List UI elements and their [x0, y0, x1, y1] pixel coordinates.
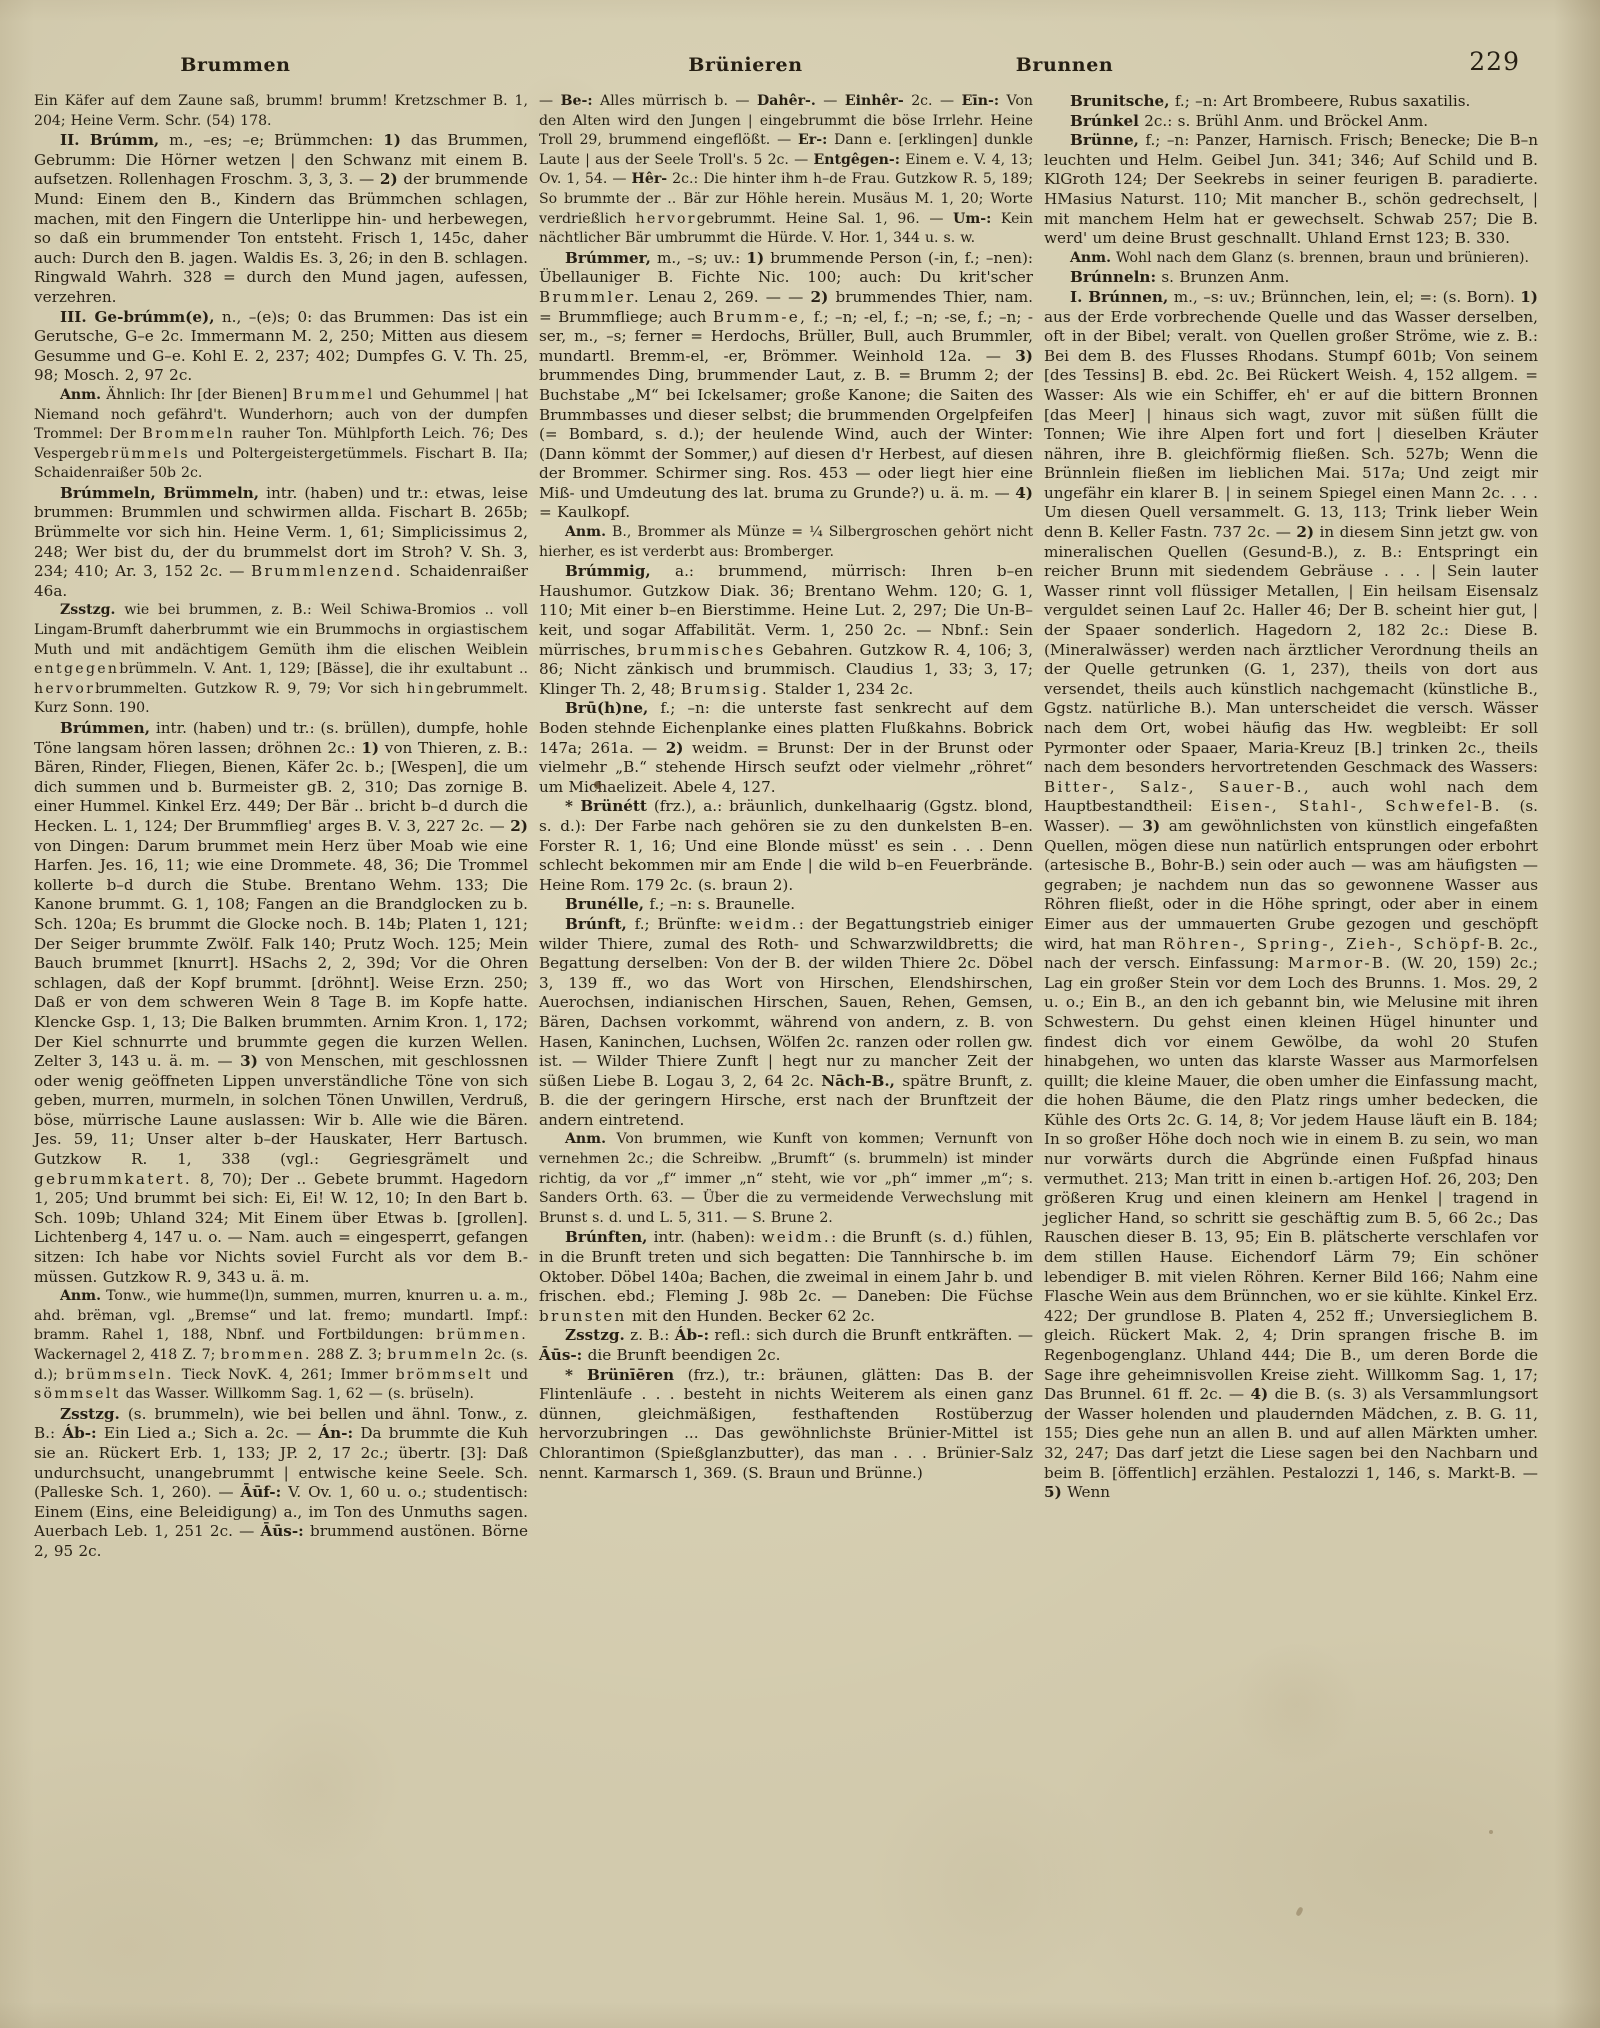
emphasized-run: Brummler. — [539, 288, 641, 306]
text-run: von Dingen: Darum brummet mein Herz über… — [34, 837, 528, 1071]
entry-paragraph: * Brünīēren (frz.), tr.: bräunen, glätte… — [539, 1366, 1033, 1484]
dictionary-body: Ein Käfer auf dem Zaune saß, brumm! brum… — [34, 92, 1538, 1562]
emphasized-run: Röhren-, Spring-, Zieh-, Schöpf- — [1163, 935, 1487, 953]
headword: 3) — [240, 1052, 258, 1070]
emphasized-run: Marmor-B. — [1288, 954, 1393, 972]
headword: Anm. — [565, 1131, 606, 1147]
entry-paragraph: Brúmmen, intr. (haben) und tr.: (s. brül… — [34, 719, 528, 1287]
emphasized-run: brummeln — [387, 1347, 479, 1363]
entry-paragraph: Brúnkel 2c.: s. Brühl Anm. und Bröckel A… — [1044, 112, 1538, 132]
text-run: und — [493, 1367, 528, 1383]
headword: Eīn-: — [962, 93, 999, 109]
headword: Brúnften, — [565, 1228, 647, 1246]
headword: Brúnkel — [1070, 112, 1139, 130]
emphasized-run: entgegen — [34, 661, 119, 677]
headword: Zsstzg. — [60, 1405, 120, 1423]
entry-paragraph: Brunélle, f.; –n: s. Braunelle. — [539, 895, 1033, 915]
text-run: gebrummt. Heine Sal. 1, 96. — — [697, 211, 953, 227]
text-run: Tieck NovK. 4, 261; Immer — [174, 1367, 396, 1383]
text-run: m., –es; –e; Brümmchen: — [159, 131, 383, 149]
text-run: brummelten. Gutzkow R. 9, 79; Vor sich — [95, 681, 406, 697]
entry-paragraph: * Brünétt (frz.), a.: bräunlich, dunkelh… — [539, 797, 1033, 895]
headword: 4) — [1015, 484, 1033, 502]
text-run: = Kaulkopf. — [539, 503, 630, 521]
text-run: Ein Käfer auf dem Zaune saß, brumm! brum… — [34, 93, 528, 129]
text-run: Wohl nach dem Glanz (s. brennen, braun u… — [1111, 250, 1529, 266]
text-run: s. Brunzen Anm. — [1156, 268, 1289, 286]
entry-paragraph: Anm. B., Brommer als Münze = ¼ Silbergro… — [539, 523, 1033, 562]
entry-paragraph: Zsstzg. z. B.: Áb-: refl.: sich durch di… — [539, 1326, 1033, 1365]
headword: Brünne, — [1070, 131, 1139, 149]
text-run: Wenn — [1062, 1483, 1110, 1501]
headword: Hêr- — [632, 171, 668, 187]
text-run: in diesem Sinn jetzt gw. von mineralisch… — [1044, 523, 1538, 776]
headword: Anm. — [60, 387, 101, 403]
headword: Anm. — [1070, 250, 1111, 266]
emphasized-run: weidm. — [729, 915, 799, 933]
text-run: f.; –n: Art Brombeere, Rubus saxatilis. — [1170, 92, 1471, 110]
text-run: am gewöhnlichsten von künstlich eingefaß… — [1044, 817, 1538, 953]
entry-paragraph: Zsstzg. wie bei brummen, z. B.: Weil Sch… — [34, 601, 528, 719]
text-run: m., –s: uv.; Brünnchen, lein, el; =: (s.… — [1168, 288, 1520, 306]
headword: Brúmmen, — [60, 719, 150, 737]
running-head-left: Brummen — [148, 54, 323, 76]
text-run: 2c. — — [904, 93, 962, 109]
headword: Brunélle, — [565, 895, 644, 913]
ink-speck — [594, 781, 601, 789]
entry-paragraph: Anm. Von brummen, wie Kunft von kommen; … — [539, 1130, 1033, 1228]
entry-paragraph: III. Ge-brúmm(e), n., –(e)s; 0: das Brum… — [34, 308, 528, 386]
text-run: Von brummen, wie Kunft von kommen; Vernu… — [539, 1131, 1033, 1225]
entry-paragraph: I. Brúnnen, m., –s: uv.; Brünnchen, lein… — [1044, 288, 1538, 1503]
column-2: — Be-: Alles mürrisch b. — Dahêr-. — Ein… — [539, 92, 1033, 1483]
text-run: die Brunft beendigen 2c. — [582, 1346, 780, 1364]
text-run: f.; Brünfte: — [627, 915, 729, 933]
emphasized-run: brümmels — [100, 446, 190, 462]
entry-paragraph: Brunitsche, f.; –n: Art Brombeere, Rubus… — [1044, 92, 1538, 112]
entry-paragraph: Brúmmig, a.: brummend, mürrisch: Ihren b… — [539, 562, 1033, 699]
emphasized-run: Brommeln — [143, 426, 236, 442]
text-run: Stalder 1, 234 2c. — [769, 680, 913, 698]
running-head-center: Brünieren — [648, 54, 843, 76]
headword: III. Ge-brúmm(e), — [60, 308, 215, 326]
headword: Brū(h)ne, — [565, 699, 648, 717]
headword: 5) — [1044, 1483, 1062, 1501]
headword: Brúnneln: — [1070, 268, 1156, 286]
emphasized-run: hin — [407, 681, 437, 697]
emphasized-run: Brummel — [293, 387, 375, 403]
text-run: das Wasser. Willkomm Sag. 1, 62 — (s. br… — [121, 1386, 474, 1402]
emphasized-run: Eisen-, Stahl-, Schwefel-B. — [1210, 797, 1501, 815]
text-run: Ähnlich: Ihr [der Bienen] — [101, 387, 293, 403]
text-run: m., –s; uv.: — [651, 249, 747, 267]
headword: Brúmmig, — [565, 562, 651, 580]
headword: Entgêgen-: — [814, 152, 900, 168]
headword: 4) — [1250, 1385, 1268, 1403]
emphasized-run: Brummlenzend. — [251, 562, 403, 580]
text-run: aus der Erde vorbrechende Quelle und das… — [1044, 308, 1538, 542]
headword: 2) — [666, 739, 684, 757]
headword: * Brünétt — [565, 797, 647, 815]
emphasized-run: sömmselt — [34, 1386, 121, 1402]
text-run: Lenau 2, 269. — — — [641, 288, 811, 306]
emphasized-run: Brumm-e, — [713, 308, 807, 326]
emphasized-run: Bitter-, Salz-, Sauer-B., — [1044, 778, 1311, 796]
headword: 2) — [380, 170, 398, 188]
column-3: Brunitsche, f.; –n: Art Brombeere, Rubus… — [1044, 92, 1538, 1503]
entry-paragraph: Anm. Ähnlich: Ihr [der Bienen] Brummel u… — [34, 386, 528, 484]
headword: Be-: — [561, 93, 593, 109]
text-run: : der Begattungstrieb einiger wilder Thi… — [539, 915, 1033, 1090]
entry-paragraph: Brúmmer, m., –s; uv.: 1) brummende Perso… — [539, 249, 1033, 523]
emphasized-run: brümmen. — [436, 1327, 528, 1343]
emphasized-run: brümmseln. — [66, 1367, 174, 1383]
headword: 1) — [1520, 288, 1538, 306]
text-run: Ein Lied a.; Sich a. 2c. — — [97, 1424, 319, 1442]
text-run: (W. 20, 159) 2c.; Lag ein großer Stein v… — [1044, 954, 1538, 1403]
entry-paragraph: Brū(h)ne, f.; –n: die unterste fast senk… — [539, 699, 1033, 797]
headword: 3) — [1142, 817, 1160, 835]
text-run: mit den Hunden. Becker 62 2c. — [627, 1307, 875, 1325]
emphasized-run: weidm. — [761, 1228, 831, 1246]
text-run: brümmeln. V. Ant. 1, 129; [Bässe], die i… — [119, 661, 528, 677]
headword: Um-: — [953, 211, 991, 227]
headword: Āūf-: — [240, 1483, 281, 1501]
headword: Zsstzg. — [565, 1326, 625, 1344]
headword: Án-: — [318, 1424, 353, 1442]
headword: Āūs-: — [260, 1522, 303, 1540]
text-run: z. B.: — [625, 1326, 675, 1344]
entry-paragraph: Brúmmeln, Brümmeln, intr. (haben) und tr… — [34, 484, 528, 602]
headword: II. Brúmm, — [60, 131, 159, 149]
emphasized-run: gebrummkatert. — [34, 1170, 192, 1188]
text-run: — — [816, 93, 845, 109]
headword: Zsstzg. — [60, 602, 115, 618]
text-run: — — [539, 93, 561, 109]
headword: Áb-: — [675, 1326, 709, 1344]
headword: Nāch-B., — [821, 1072, 895, 1090]
emphasized-run: hervor — [636, 211, 697, 227]
text-run: 2c.: s. Brühl Anm. und Bröckel Anm. — [1139, 112, 1428, 130]
text-run: B., Brommer als Münze = ¼ Silbergroschen… — [539, 524, 1033, 560]
headword: 1) — [383, 131, 401, 149]
entry-paragraph: Ein Käfer auf dem Zaune saß, brumm! brum… — [34, 92, 528, 131]
headword: 1) — [746, 249, 764, 267]
headword: I. Brúnnen, — [1070, 288, 1168, 306]
entry-paragraph: Anm. Tonw., wie humme(l)n, summen, murre… — [34, 1287, 528, 1405]
emphasized-run: brommen. — [221, 1347, 312, 1363]
entry-paragraph: Brúnneln: s. Brunzen Anm. — [1044, 268, 1538, 288]
headword: Dahêr-. — [757, 93, 816, 109]
headword: Er-: — [798, 132, 827, 148]
headword: 3) — [1015, 347, 1033, 365]
entry-paragraph: II. Brúmm, m., –es; –e; Brümmchen: 1) da… — [34, 131, 528, 307]
text-run: der brummende Mund: Einem den B., Kinder… — [34, 170, 528, 306]
entry-paragraph: — Be-: Alles mürrisch b. — Dahêr-. — Ein… — [539, 92, 1033, 249]
headword: Brunitsche, — [1070, 92, 1170, 110]
emphasized-run: brummisches — [637, 641, 766, 659]
headword: Einhêr- — [845, 93, 904, 109]
headword: Brúmmer, — [565, 249, 651, 267]
headword: Brúmmeln, Brümmeln, — [60, 484, 259, 502]
column-1: Ein Käfer auf dem Zaune saß, brumm! brum… — [34, 92, 528, 1562]
entry-paragraph: Zsstzg. (s. brummeln), wie bei bellen un… — [34, 1405, 528, 1562]
running-head-right: Brunnen — [972, 54, 1157, 76]
text-run: Alles mürrisch b. — — [593, 93, 757, 109]
headword: 2) — [811, 288, 829, 306]
emphasized-run: Brumsig. — [681, 680, 769, 698]
headword: 1) — [361, 739, 379, 757]
text-run: refl.: sich durch die Brunft entkräften.… — [709, 1326, 1033, 1344]
text-run: f.; –n: s. Braunelle. — [644, 895, 795, 913]
entry-paragraph: Anm. Wohl nach dem Glanz (s. brennen, br… — [1044, 249, 1538, 269]
headword: Brúnft, — [565, 915, 627, 933]
text-run: brummendes Ding, brummender Laut, z. B. … — [539, 366, 1033, 502]
ink-speck — [1489, 1830, 1493, 1834]
text-run: 288 Z. 3; — [312, 1347, 387, 1363]
emphasized-run: brunsten — [539, 1307, 627, 1325]
headword: Āūs-: — [539, 1346, 582, 1364]
entry-paragraph: Brúnften, intr. (haben): weidm.: die Bru… — [539, 1228, 1033, 1326]
text-run: intr. (haben): — [647, 1228, 761, 1246]
headword: Anm. — [565, 524, 606, 540]
text-run: Wackernagel 2, 418 Z. 7; — [34, 1347, 221, 1363]
emphasized-run: hervor — [34, 681, 95, 697]
headword: Anm. — [60, 1288, 101, 1304]
headword: Áb-: — [62, 1424, 96, 1442]
entry-paragraph: Brünne, f.; –n: Panzer, Harnisch. Frisch… — [1044, 131, 1538, 249]
headword: * Brünīēren — [565, 1366, 674, 1384]
page-number: 229 — [1440, 47, 1520, 76]
headword: 2) — [1296, 523, 1314, 541]
emphasized-run: brömmselt — [396, 1367, 493, 1383]
entry-paragraph: Brúnft, f.; Brünfte: weidm.: der Begattu… — [539, 915, 1033, 1131]
headword: 2) — [510, 817, 528, 835]
